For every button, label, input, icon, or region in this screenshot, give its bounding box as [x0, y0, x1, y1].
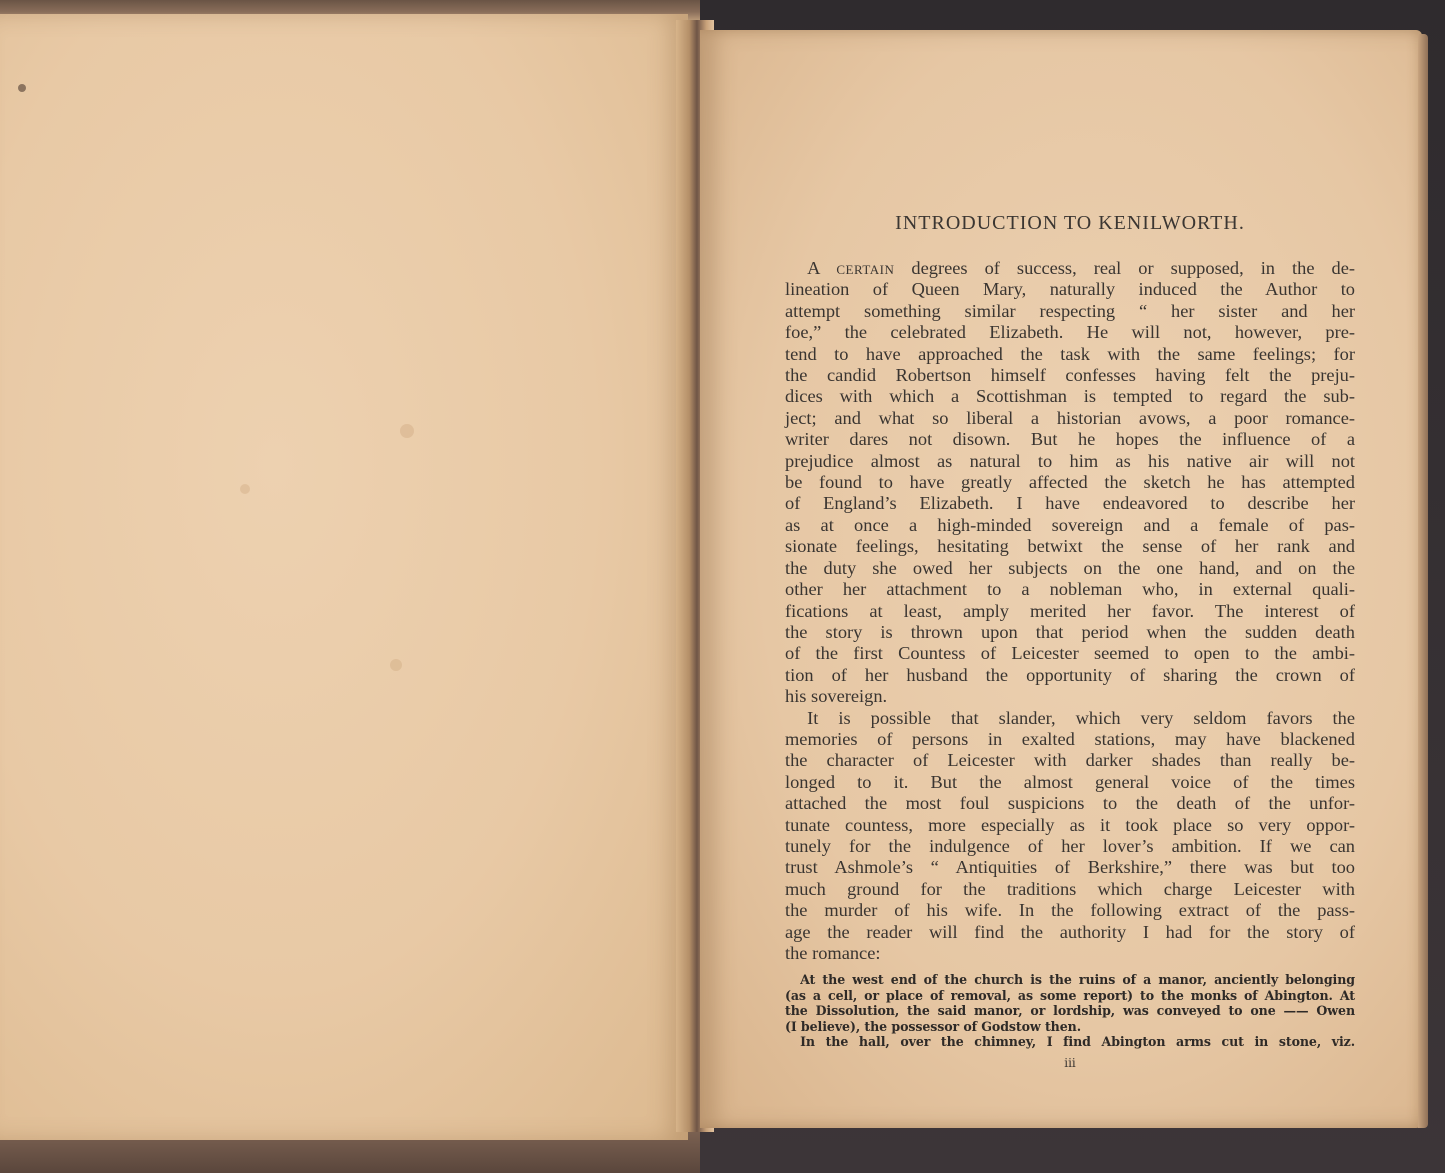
drop-prefix: A	[807, 258, 836, 278]
text-line: tend to have approached the task with th…	[785, 344, 1355, 365]
smallcaps-lead: certain	[836, 258, 894, 278]
page-stain	[18, 84, 26, 92]
extract-line: In the hall, over the chimney, I find Ab…	[785, 1034, 1355, 1050]
page-stain	[400, 424, 414, 438]
text-line: be found to have greatly affected the sk…	[785, 472, 1355, 493]
extract-line: (I believe), the possessor of Godstow th…	[785, 1019, 1355, 1035]
text-line: fications at least, amply merited her fa…	[785, 601, 1355, 622]
extract-line: the Dissolution, the said manor, or lord…	[785, 1003, 1355, 1019]
text-line: the character of Leicester with darker s…	[785, 750, 1355, 771]
chapter-title: INTRODUCTION TO KENILWORTH.	[760, 212, 1380, 235]
extract-line: (as a cell, or place of removal, as some…	[785, 988, 1355, 1004]
text-line: age the reader will find the authority I…	[785, 922, 1355, 943]
paragraph-1: A certain degrees of success, real or su…	[785, 258, 1355, 708]
text-line: tunate countess, more especially as it t…	[785, 815, 1355, 836]
text-line: tunely for the indulgence of her lover’s…	[785, 836, 1355, 857]
paragraph-2: It is possible that slander, which very …	[785, 708, 1355, 965]
page-stain	[390, 659, 402, 671]
text-line: tion of her husband the opportunity of s…	[785, 665, 1355, 686]
text-line: the candid Robertson himself confesses h…	[785, 365, 1355, 386]
text-line: much ground for the traditions which cha…	[785, 879, 1355, 900]
text-line: attached the most foul suspicions to the…	[785, 793, 1355, 814]
text-line: dices with which a Scottishman is tempte…	[785, 386, 1355, 407]
text-line: It is possible that slander, which very …	[785, 708, 1355, 729]
text-line: other her attachment to a nobleman who, …	[785, 579, 1355, 600]
quoted-extract: At the west end of the church is the rui…	[785, 972, 1355, 1050]
text-line: as at once a high-minded sovereign and a…	[785, 515, 1355, 536]
text-line: his sovereign.	[785, 686, 1355, 707]
text-line: memories of persons in exalted stations,…	[785, 729, 1355, 750]
text-line: prejudice almost as natural to him as hi…	[785, 451, 1355, 472]
page-number: iii	[760, 1056, 1380, 1070]
text-line: the duty she owed her subjects on the on…	[785, 558, 1355, 579]
text-line: longed to it. But the almost general voi…	[785, 772, 1355, 793]
text-line: ject; and what so liberal a historian av…	[785, 408, 1355, 429]
text-line: of England’s Elizabeth. I have endeavore…	[785, 493, 1355, 514]
text-line: lineation of Queen Mary, naturally induc…	[785, 279, 1355, 300]
text-line: writer dares not disown. But he hopes th…	[785, 429, 1355, 450]
body-text: A certain degrees of success, real or su…	[785, 258, 1355, 964]
text-line: A certain degrees of success, real or su…	[785, 258, 1355, 279]
text-line: the romance:	[785, 943, 1355, 964]
text-line: the story is thrown upon that period whe…	[785, 622, 1355, 643]
text-line: attempt something similar respecting “ h…	[785, 301, 1355, 322]
text-line: foe,” the celebrated Elizabeth. He will …	[785, 322, 1355, 343]
text-line: trust Ashmole’s “ Antiquities of Berkshi…	[785, 857, 1355, 878]
left-blank-page	[0, 14, 688, 1140]
page-fore-edge	[1418, 34, 1428, 1128]
text-line: sionate feelings, hesitating betwixt the…	[785, 536, 1355, 557]
text-line: of the first Countess of Leicester seeme…	[785, 643, 1355, 664]
text-line-content: degrees of success, real or supposed, in…	[894, 258, 1355, 278]
extract-line: At the west end of the church is the rui…	[785, 972, 1355, 988]
page-stain	[240, 484, 250, 494]
text-line: the murder of his wife. In the following…	[785, 900, 1355, 921]
